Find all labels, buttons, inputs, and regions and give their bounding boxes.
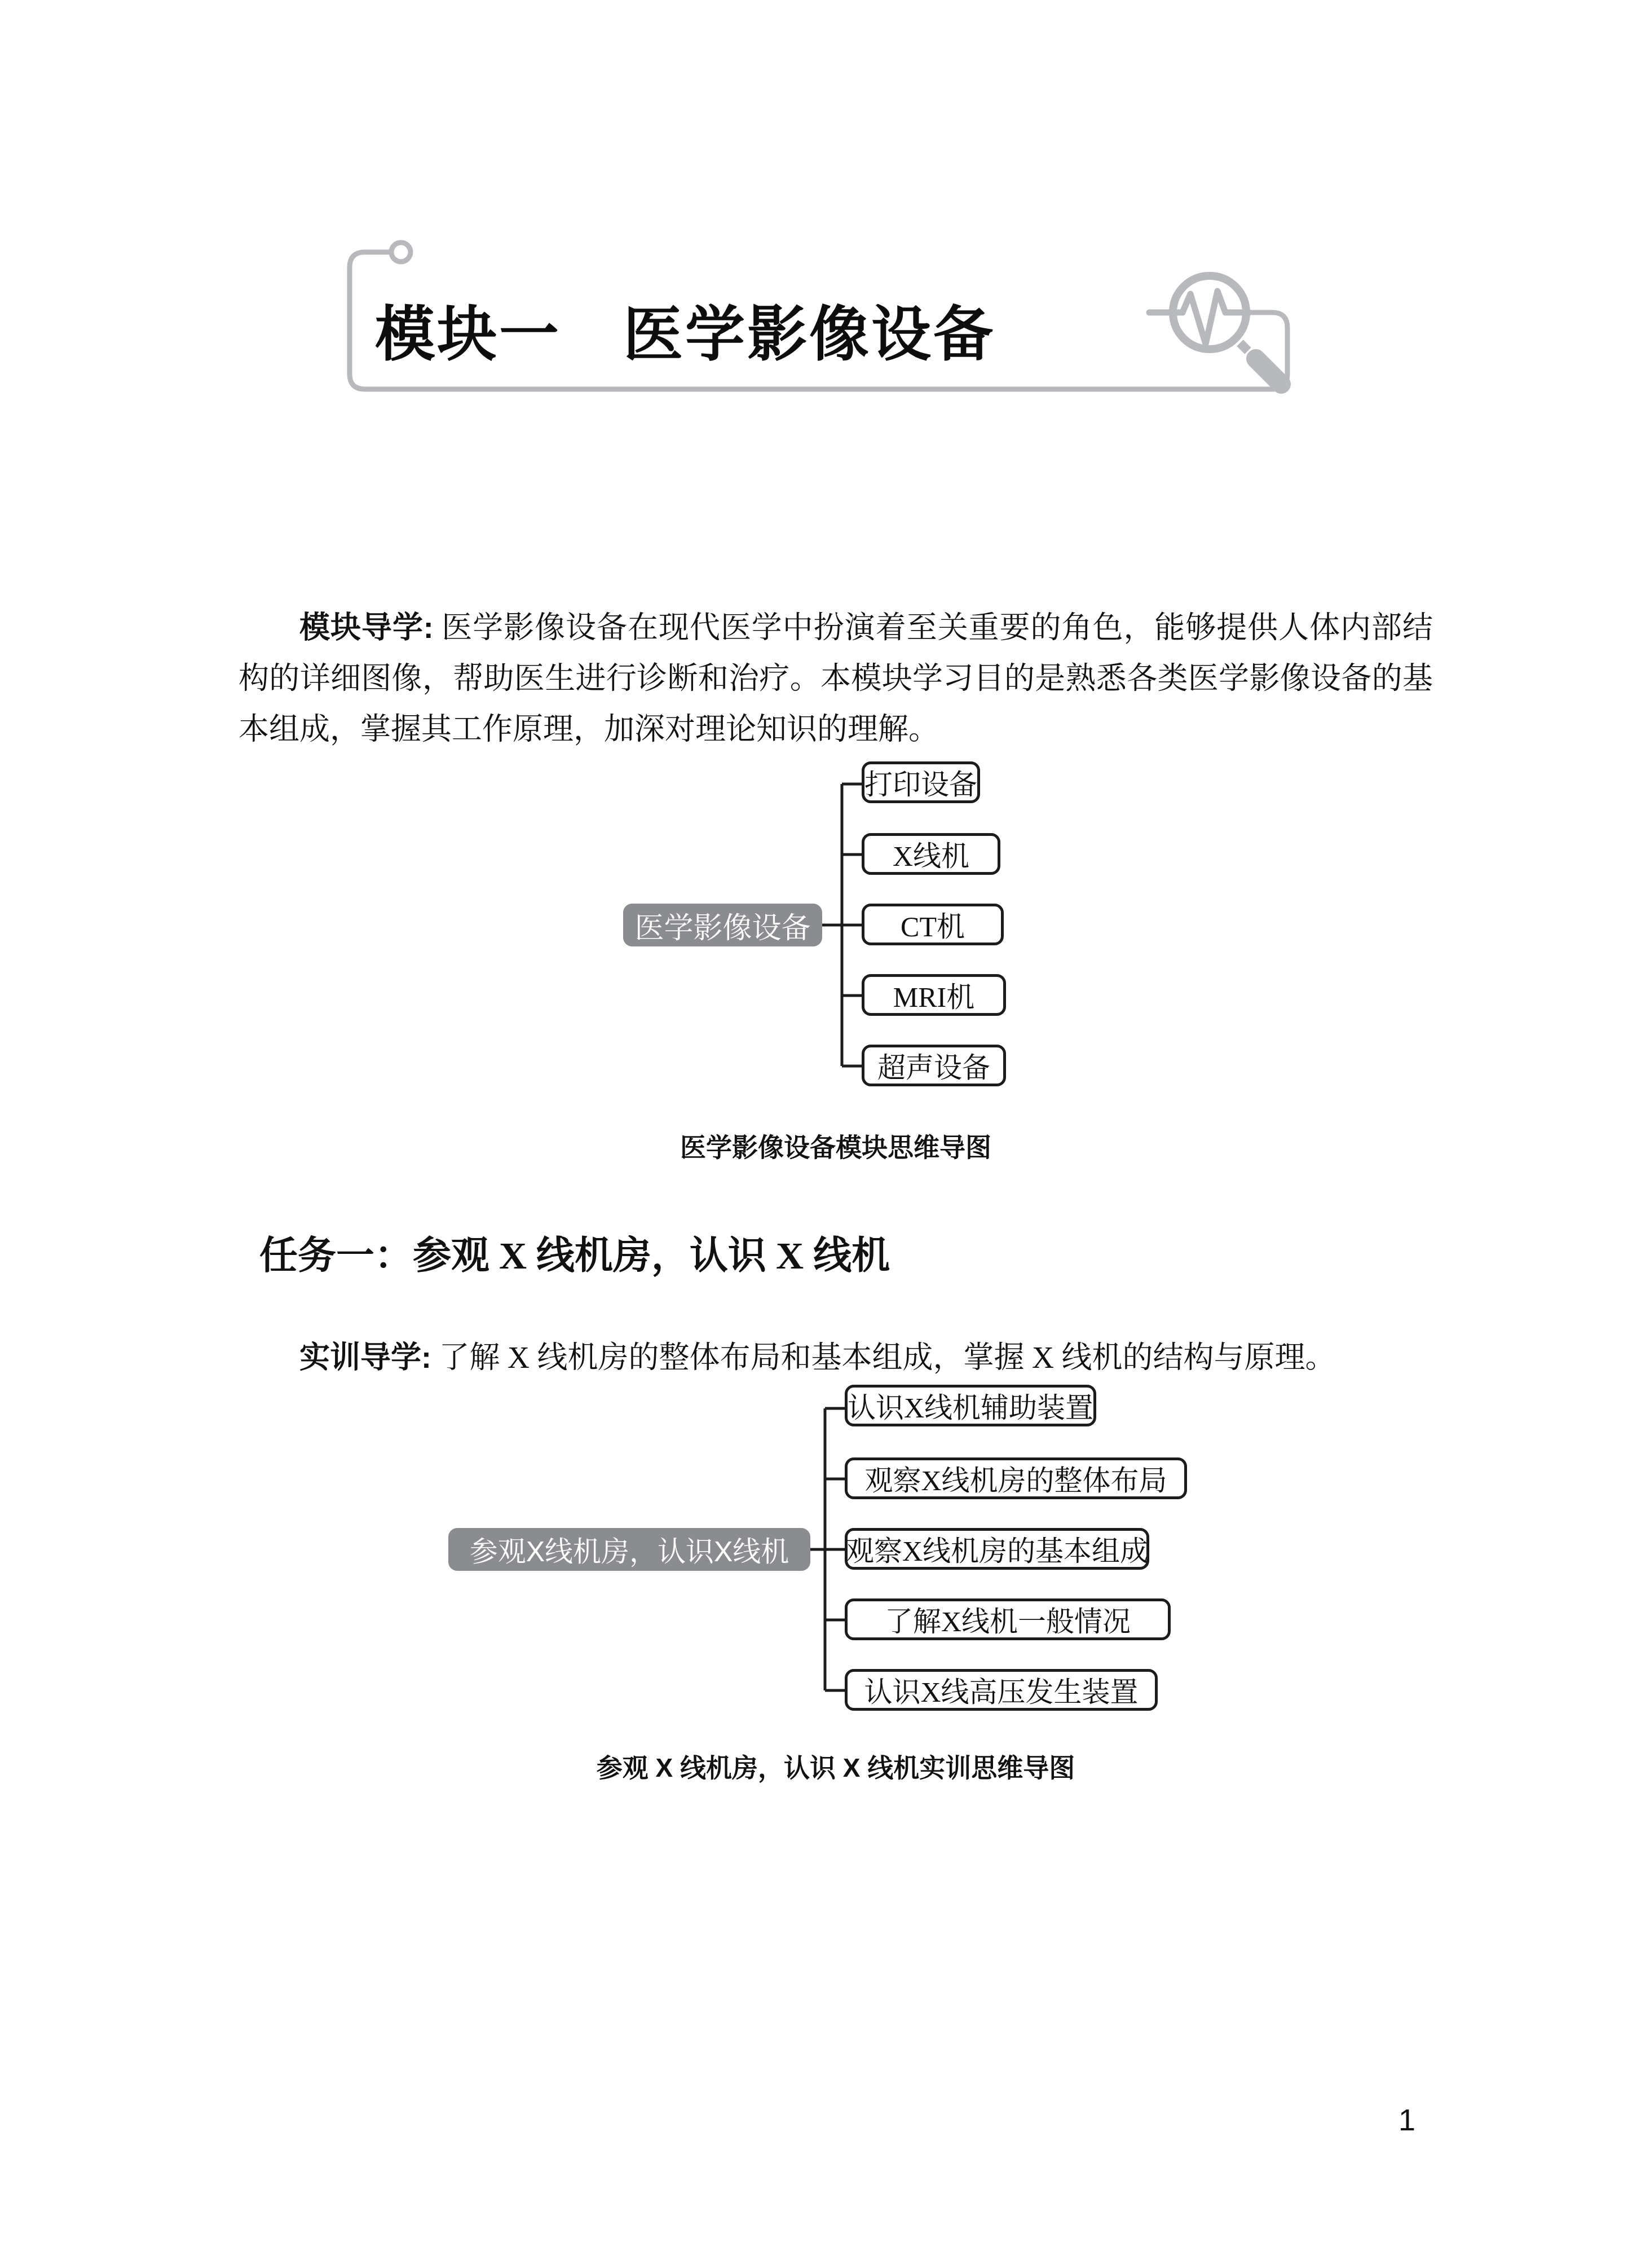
training-intro-paragraph: 实训导学: 了解 X 线机房的整体布局和基本组成，掌握 X 线机的结构与原理。 [239, 1332, 1433, 1383]
mindmap-leaf-node: 观察X线机房的整体布局 [845, 1457, 1187, 1499]
task-mindmap: 参观X线机房，认识X线机 观察X线机房的整体布局 观察X线机房的基本组成 了解X… [445, 1385, 1190, 1729]
task-heading: 任务一：参观 X 线机房，认识 X 线机 [259, 1225, 890, 1280]
mindmap-leaf-node: MRI机 [862, 974, 1006, 1016]
document-page: 模块一 医学影像设备 模块导学: 医学影像设备在现代医学中扮演着至关重要的角色，… [0, 0, 1628, 2268]
magnifier-ecg-icon [1149, 276, 1281, 384]
mindmap-leaf-node: 认识X线机辅助装置 [845, 1385, 1096, 1426]
training-intro-label: 实训导学: [299, 1341, 431, 1375]
mindmap-leaf-node: 了解X线机一般情况 [845, 1598, 1171, 1640]
module-title: 模块一 医学影像设备 [375, 287, 995, 372]
mindmap-leaf-node: 打印设备 [862, 761, 980, 803]
mindmap-root-node: 医学影像设备 [623, 904, 822, 946]
module-title-banner: 模块一 医学影像设备 [338, 237, 1297, 400]
training-intro-text: 了解 X 线机房的整体布局和基本组成，掌握 X 线机的结构与原理。 [431, 1341, 1336, 1375]
mindmap-leaf-node: CT机 [862, 904, 1004, 945]
mindmap-leaf-node: 认识X线高压发生装置 [845, 1669, 1158, 1711]
banner-ring-icon [391, 243, 411, 262]
page-number: 1 [1384, 2103, 1430, 2138]
mindmap-root-node: 参观X线机房，认识X线机 [448, 1528, 810, 1571]
mindmap-leaf-node: 超声设备 [862, 1045, 1006, 1086]
module-mindmap: 医学影像设备 X线机 CT机 MRI机 超声设备 打印设备 [615, 761, 1021, 1100]
mindmap-leaf-node: X线机 [862, 833, 1000, 875]
mindmap-caption: 医学影像设备模块思维导图 [239, 1127, 1433, 1164]
module-intro-paragraph: 模块导学: 医学影像设备在现代医学中扮演着至关重要的角色，能够提供人体内部结构的… [239, 602, 1433, 755]
mindmap-caption: 参观 X 线机房，认识 X 线机实训思维导图 [239, 1747, 1433, 1785]
mindmap-leaf-node: 观察X线机房的基本组成 [845, 1528, 1149, 1570]
module-intro-label: 模块导学: [299, 611, 434, 645]
